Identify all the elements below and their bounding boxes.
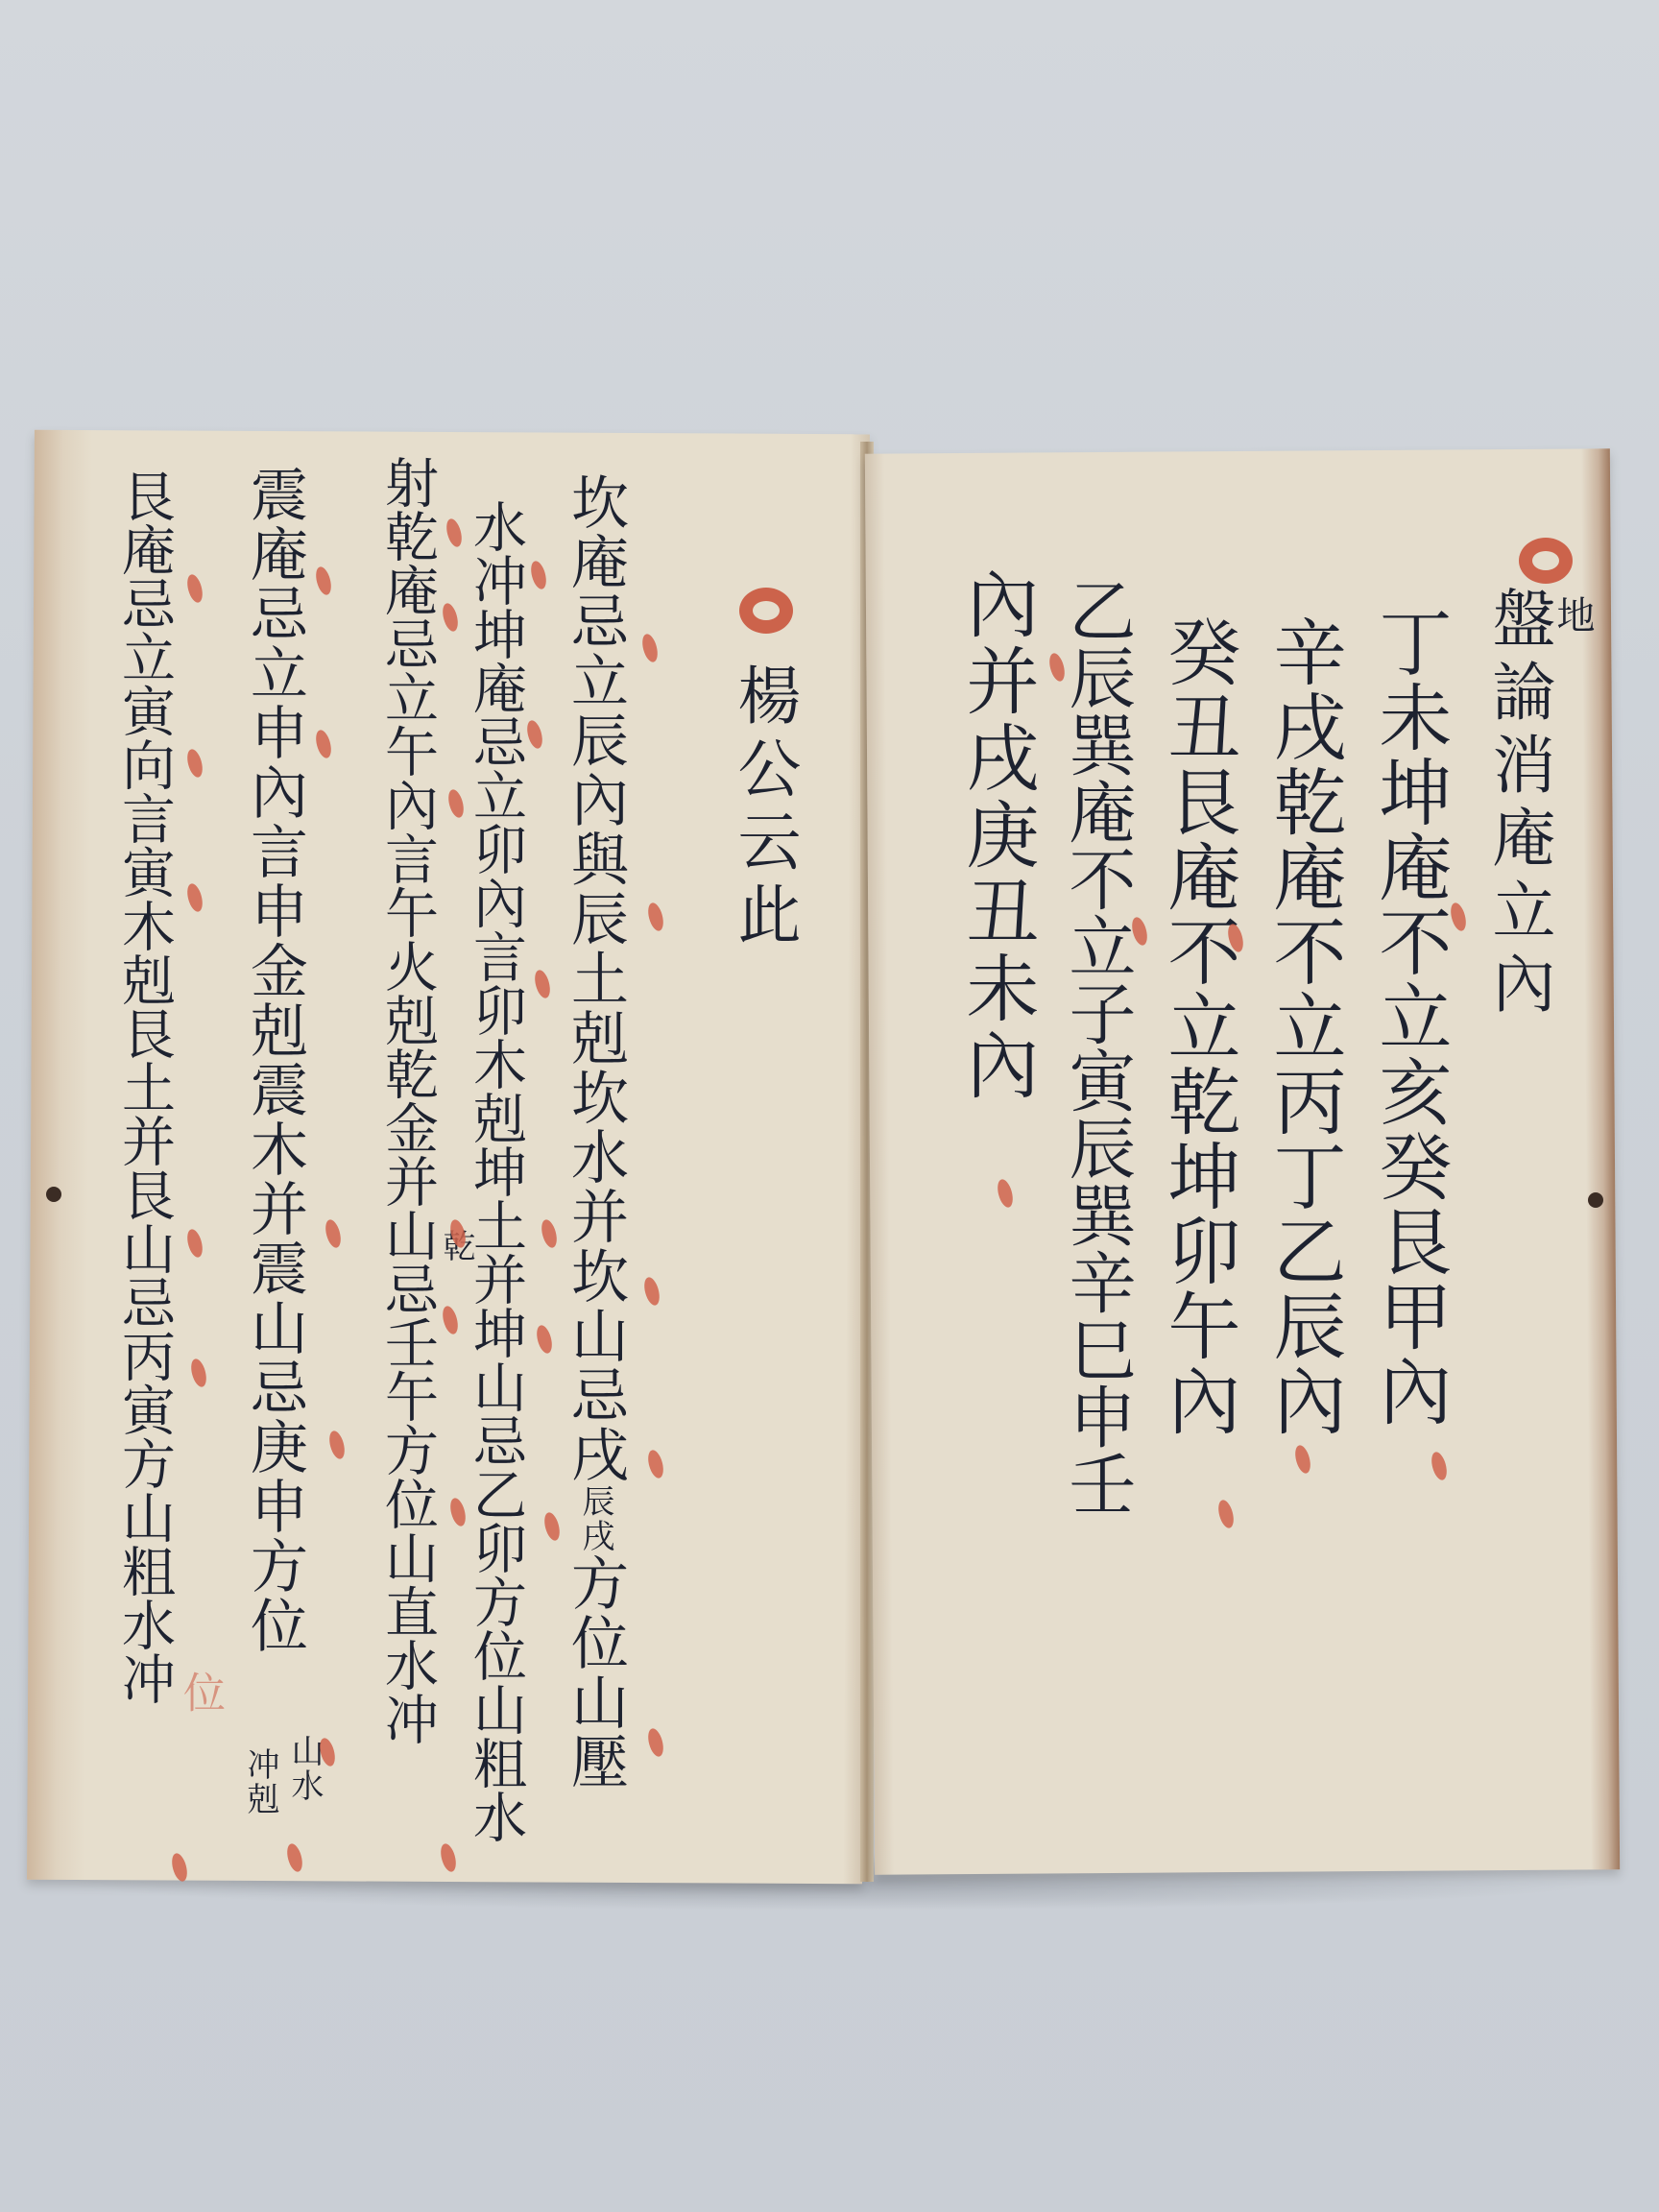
right-page-heading: 盤論消庵立內 <box>1486 586 1550 1023</box>
text-column: 艮庵忌立寅向言寅木剋艮土并艮山忌丙寅方山粗水冲 <box>117 469 171 1705</box>
binding-hole <box>1588 1192 1603 1208</box>
text-column: 內并戌庚丑未內 <box>960 566 1033 1104</box>
column-main-text: 坎庵忌立辰內與辰土剋坎水并坎山忌戌 <box>562 472 629 1484</box>
text-column: 辛戌乾庵不立丙丁乙辰內 <box>1267 614 1340 1438</box>
red-circle-mark <box>739 588 793 634</box>
text-column: 震庵忌立申內言申金剋震木并震山忌庚申方位 <box>246 465 303 1655</box>
text-column: 坎庵忌立辰內與辰土剋坎水并坎山忌戌辰戌方位山壓 <box>566 472 624 1791</box>
red-circle-mark <box>1519 538 1573 584</box>
binding-hole <box>46 1187 61 1202</box>
text-column: 水冲坤庵忌立卯內言卯木剋坤土并坤山忌乙卯方位山粗水 <box>469 499 522 1843</box>
heading-prefix: 地 <box>1553 595 1592 636</box>
small-note-left: 冲剋 <box>244 1747 276 1816</box>
text-column: 乙辰巽庵不立子寅辰巽辛巳申壬 <box>1064 576 1131 1517</box>
text-column: 癸丑艮庵不立乾坤卯午內 <box>1162 614 1235 1438</box>
left-page-title: 楊公云此 <box>732 662 795 954</box>
text-column: 丁未坤庵不立亥癸艮甲內 <box>1373 605 1446 1429</box>
inline-small-note: 辰戌 <box>576 1484 614 1553</box>
column-tail-text: 方位山壓 <box>562 1553 629 1791</box>
red-margin-note: 位 <box>169 1671 230 1713</box>
small-note-right: 山水 <box>288 1734 321 1803</box>
text-column: 射乾庵忌立午內言午火剋乾金并山忌壬午方位山直水冲 <box>380 455 434 1745</box>
